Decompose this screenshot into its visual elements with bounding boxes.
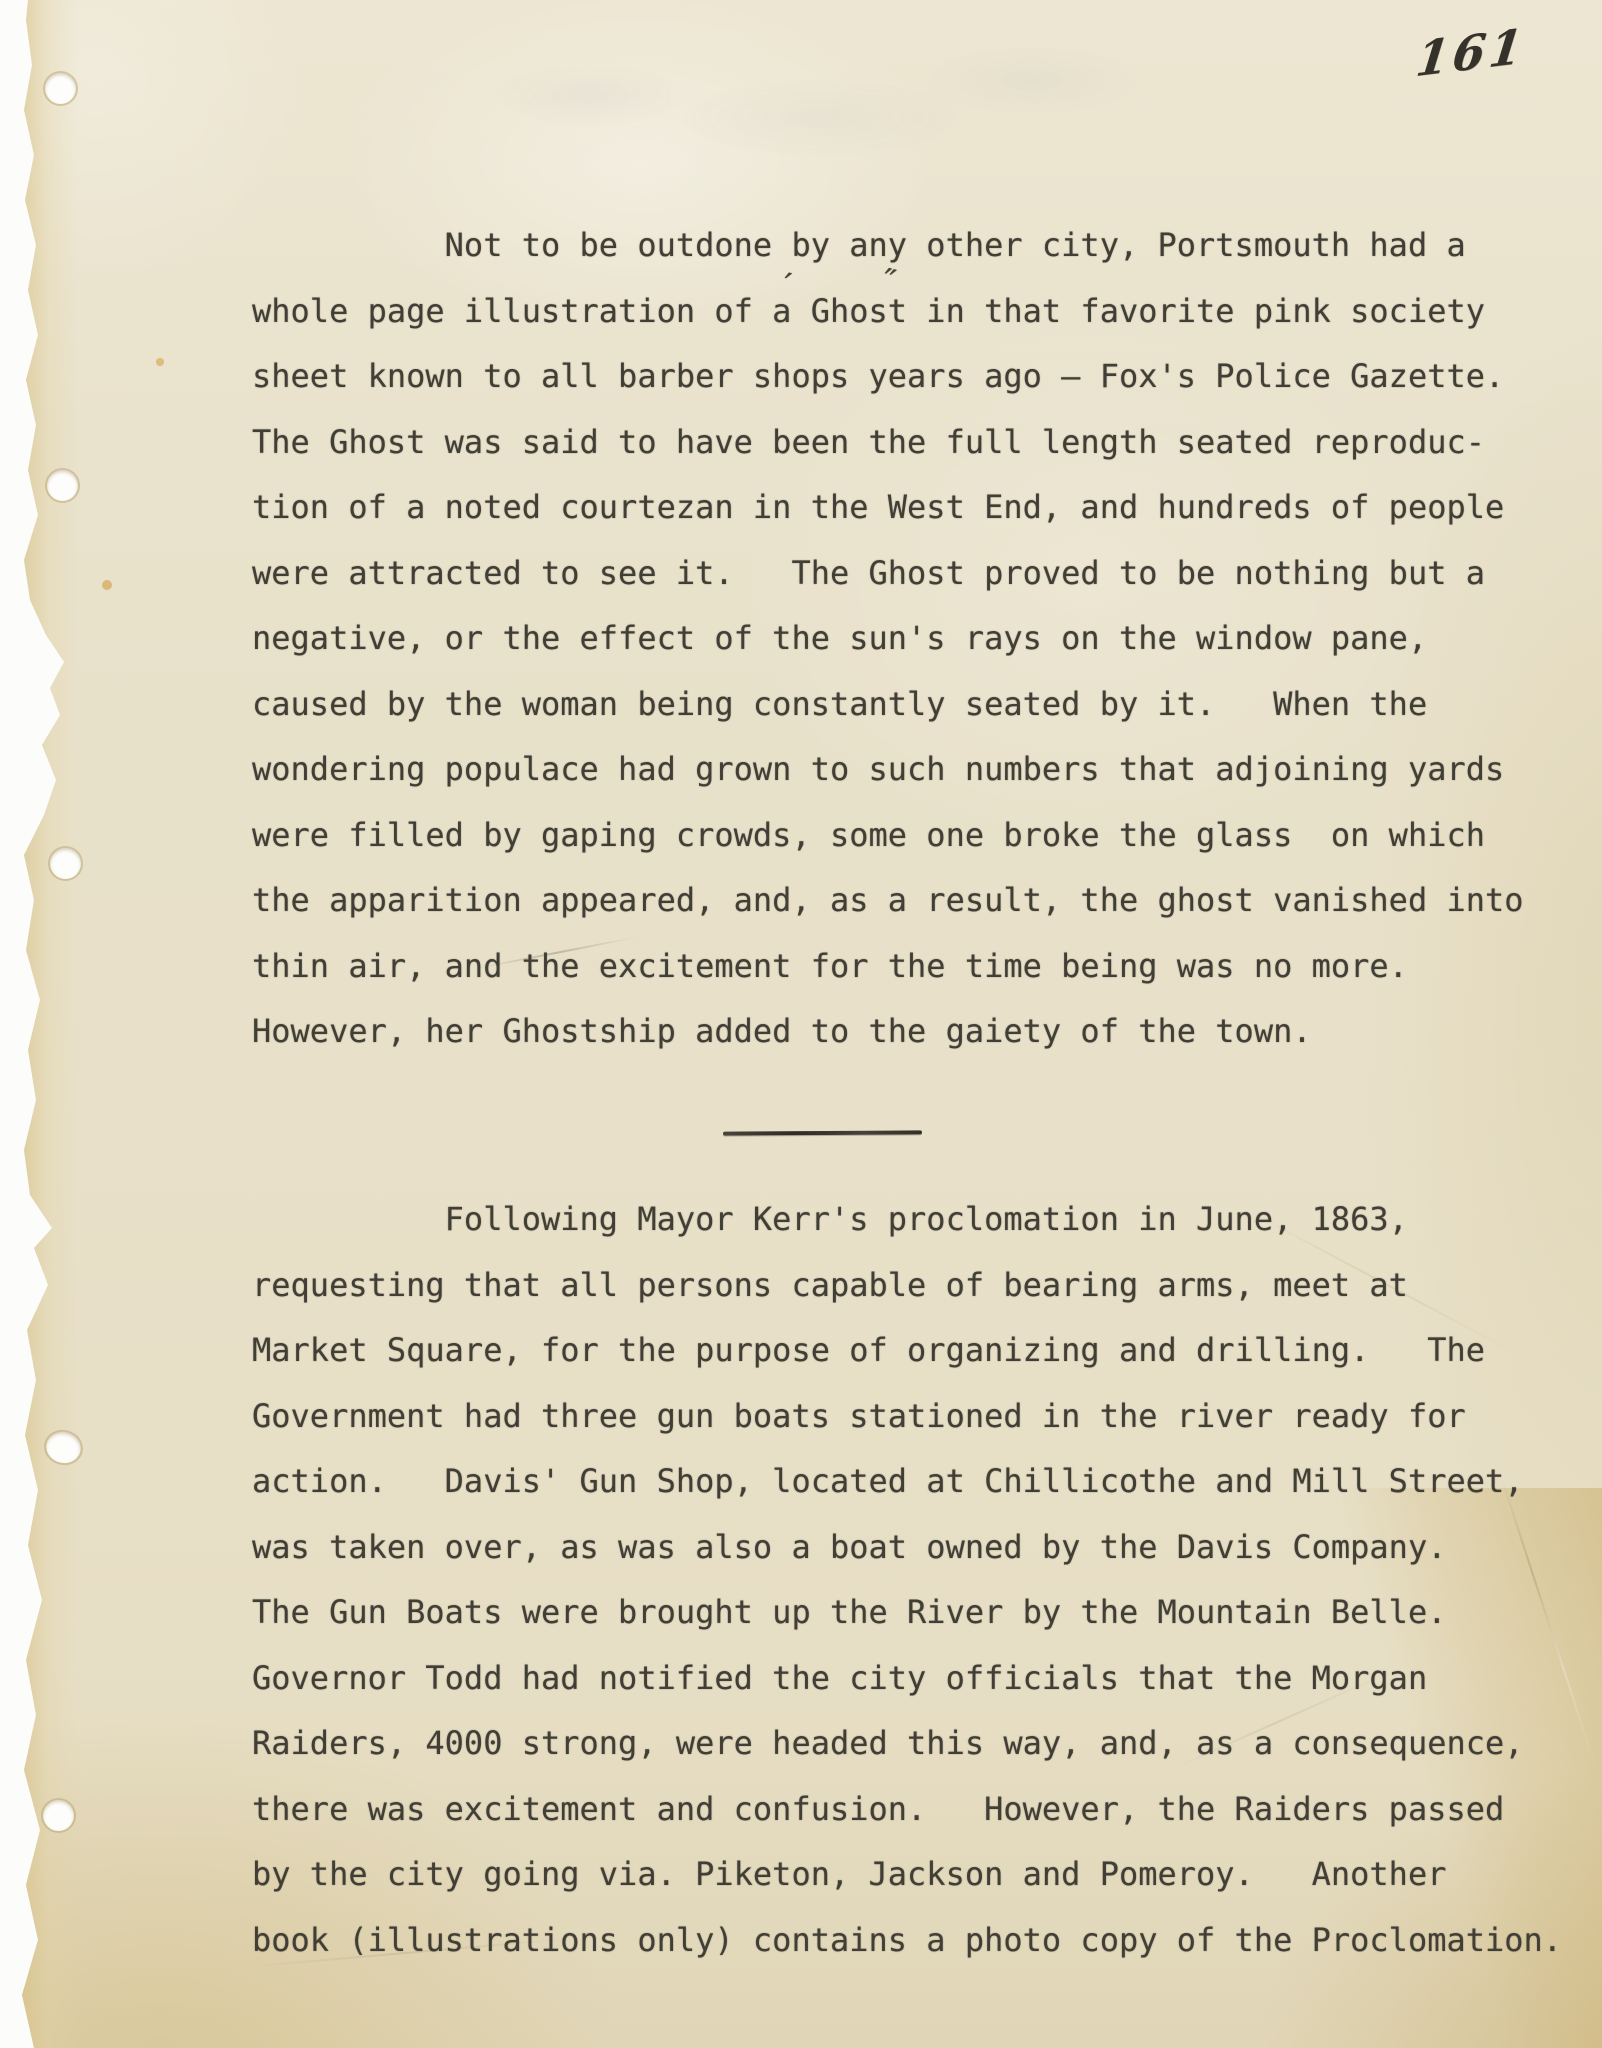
- typewritten-line: Following Mayor Kerr's proclomation in J…: [252, 1187, 1562, 1253]
- typewritten-line: requesting that all persons capable of b…: [252, 1253, 1562, 1319]
- typewritten-line: sheet known to all barber shops years ag…: [252, 344, 1524, 410]
- typewritten-line: were filled by gaping crowds, some one b…: [252, 803, 1524, 869]
- paragraph-proclamation: Following Mayor Kerr's proclomation in J…: [252, 1187, 1562, 1973]
- typewritten-line: Market Square, for the purpose of organi…: [252, 1318, 1562, 1384]
- typewritten-line: by the city going via. Piketon, Jackson …: [252, 1842, 1562, 1908]
- typewritten-line: The Ghost was said to have been the full…: [252, 410, 1524, 476]
- typewritten-line: The Gun Boats were brought up the River …: [252, 1580, 1562, 1646]
- typewritten-text: Not to be outdone by any other city, Por…: [0, 0, 1602, 2048]
- section-divider-rule: [723, 1130, 922, 1135]
- typewritten-line: was taken over, as was also a boat owned…: [252, 1515, 1562, 1581]
- typewritten-line: action. Davis' Gun Shop, located at Chil…: [252, 1449, 1562, 1515]
- typewritten-line: were attracted to see it. The Ghost prov…: [252, 541, 1524, 607]
- paper-sheet: 161 Not to be outdone by any other city,…: [0, 0, 1602, 2048]
- typewritten-line: wondering populace had grown to such num…: [252, 737, 1524, 803]
- paragraph-ghost-story: Not to be outdone by any other city, Por…: [252, 213, 1524, 1065]
- typewritten-line: Government had three gun boats stationed…: [252, 1384, 1562, 1450]
- scanned-document: { "document": { "page_number": "161", "i…: [0, 0, 1602, 2048]
- typewritten-line: there was excitement and confusion. Howe…: [252, 1777, 1562, 1843]
- typewritten-line: negative, or the effect of the sun's ray…: [252, 606, 1524, 672]
- typewritten-line: However, her Ghostship added to the gaie…: [252, 999, 1524, 1065]
- typewritten-line: Raiders, 4000 strong, were headed this w…: [252, 1711, 1562, 1777]
- typewritten-line: Governor Todd had notified the city offi…: [252, 1646, 1562, 1712]
- typewritten-line: book (illustrations only) contains a pho…: [252, 1908, 1562, 1974]
- typewritten-line: caused by the woman being constantly sea…: [252, 672, 1524, 738]
- typewritten-line: the apparition appeared, and, as a resul…: [252, 868, 1524, 934]
- typewritten-line: tion of a noted courtezan in the West En…: [252, 475, 1524, 541]
- typewritten-line: thin air, and the excitement for the tim…: [252, 934, 1524, 1000]
